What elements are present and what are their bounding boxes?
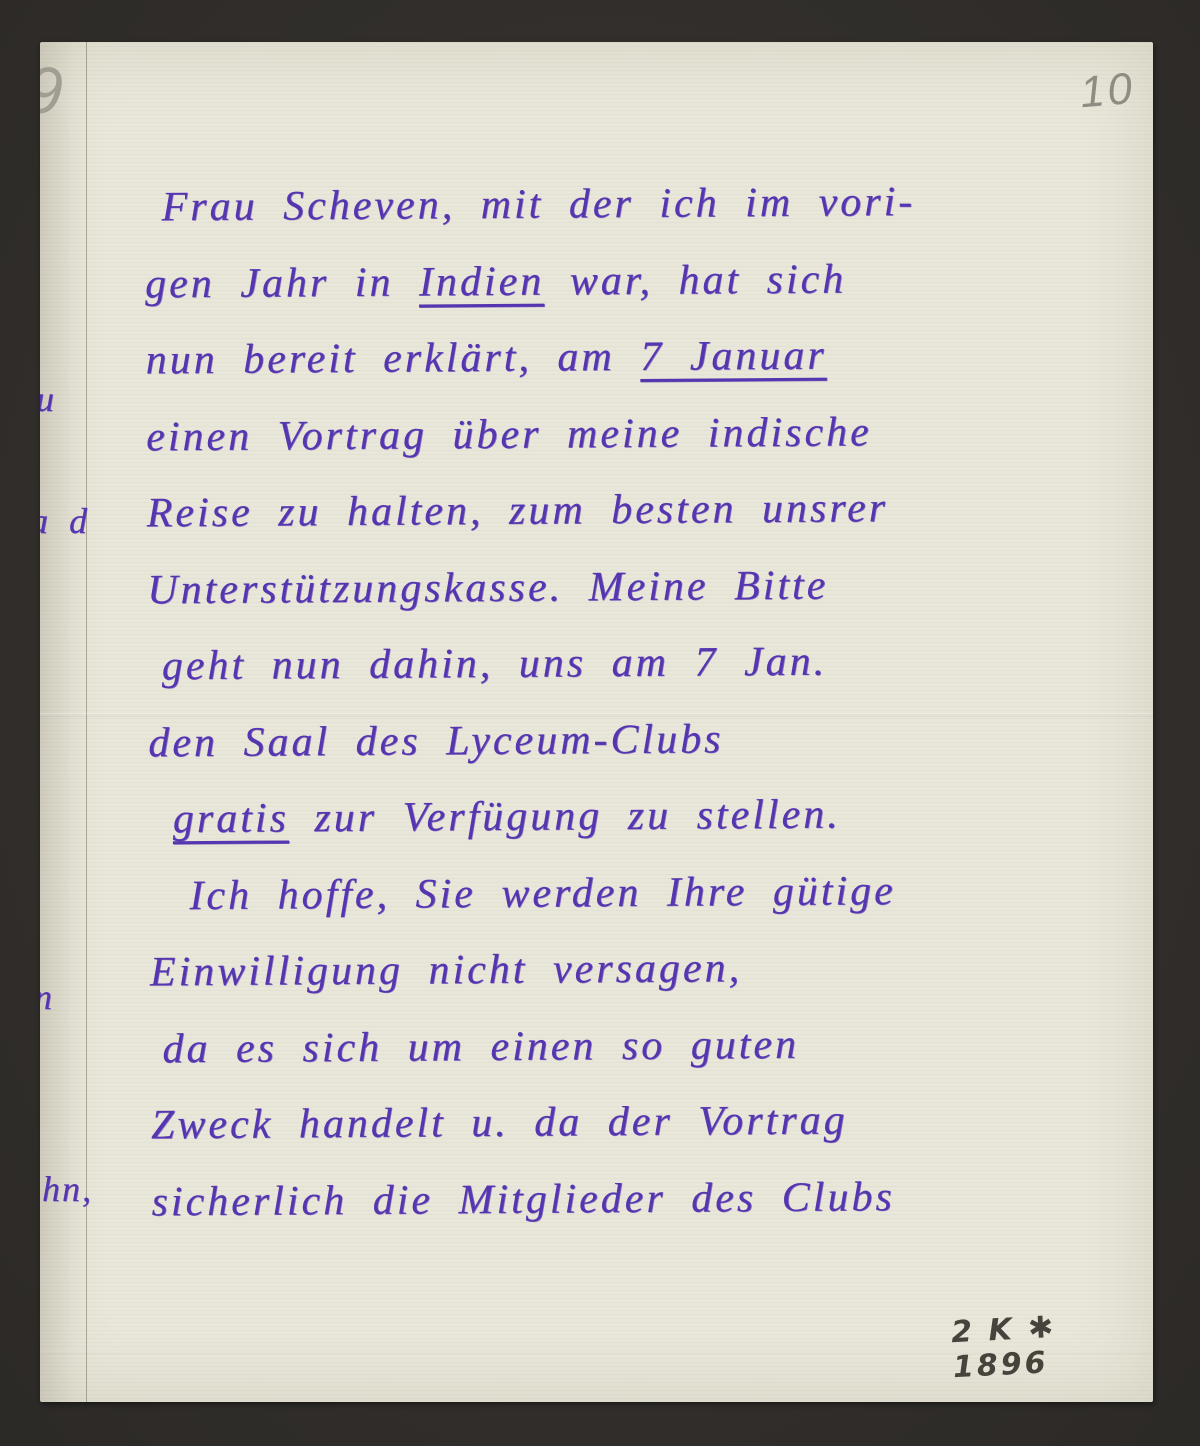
page-number: 10 [1078,64,1137,119]
handwritten-line: geht nun dahin, uns am 7 Jan. [161,622,1128,705]
line-segment: Reise zu halten, zum besten unsrer [147,485,889,536]
letter-page: 9 10 Frau Scheven, mit der ich im vori-g… [40,42,1153,1402]
underlined-segment: gratis [173,795,289,842]
handwritten-line: einen Vortrag über meine indische [146,392,1127,475]
letter-body: Frau Scheven, mit der ich im vori-gen Ja… [144,163,1131,1241]
line-segment: gen Jahr in [145,259,419,307]
edge-ink-fragment: u [40,378,54,420]
edge-ink-fragment: n [40,976,52,1018]
handwritten-line: gratis zur Verfügung zu stellen. [173,775,1130,858]
handwritten-line: sicherlich die Mitglieder des Clubs [151,1157,1132,1240]
line-segment: einen Vortrag über meine indische [146,409,872,460]
handwritten-line: Frau Scheven, mit der ich im vori- [161,163,1125,246]
line-segment: den Saal des Lyceum-Clubs [148,716,723,766]
handwritten-line: Unterstützungskasse. Meine Bitte [147,545,1128,628]
underlined-segment: 7 Januar [640,333,827,380]
line-segment: Unterstützungskasse. Meine Bitte [147,562,828,613]
line-segment: nun bereit erklärt, am [145,334,640,383]
edge-ink-fragment: a d [40,500,93,542]
handwritten-line: Zweck handelt u. da der Vortrag [151,1081,1132,1164]
handwritten-line: Einwilligung nicht versagen, [150,928,1131,1011]
handwritten-line: da es sich um einen so guten [162,1004,1131,1087]
line-segment: zur Verfügung zu stellen. [289,792,841,842]
line-segment: war, hat sich [544,256,846,304]
line-segment: Zweck handelt u. da der Vortrag [151,1098,848,1149]
line-segment: da es sich um einen so guten [162,1021,799,1071]
archival-mark: 2 K ✱ 1896 [950,1305,1153,1385]
handwritten-line: den Saal des Lyceum-Clubs [148,698,1129,781]
line-segment: geht nun dahin, uns am 7 Jan. [162,639,828,690]
line-segment: Ich hoffe, Sie werden Ihre gütige [189,868,896,919]
line-segment: Frau Scheven, mit der ich im vori- [161,179,915,230]
line-segment: Einwilligung nicht versagen, [150,945,742,995]
handwritten-line: Reise zu halten, zum besten unsrer [146,469,1127,552]
line-segment: sicherlich die Mitglieder des Clubs [151,1174,895,1225]
handwritten-line: nun bereit erklärt, am 7 Januar [145,316,1126,399]
edge-ink-fragment: ihn, [40,1168,93,1210]
handwritten-line: gen Jahr in Indien war, hat sich [145,239,1126,322]
handwritten-line: Ich hoffe, Sie werden Ihre gütige [189,851,1130,934]
underlined-segment: Indien [419,258,545,305]
previous-page-number: 9 [40,51,65,129]
